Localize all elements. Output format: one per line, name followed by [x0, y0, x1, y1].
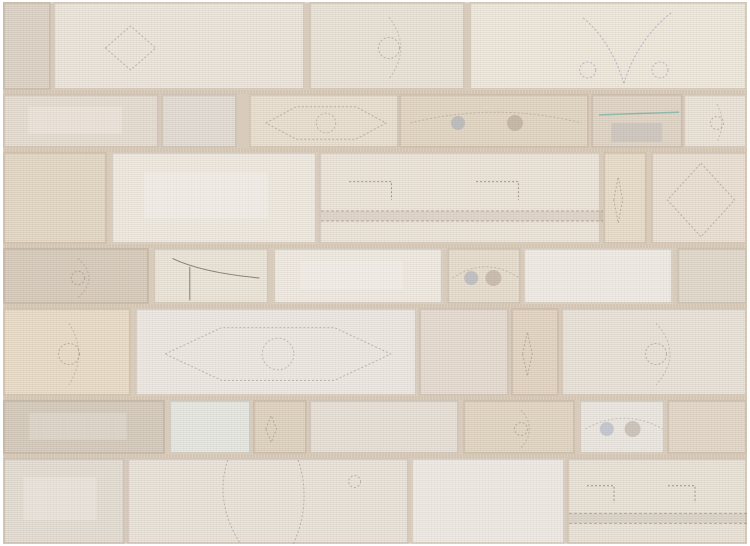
- diamond-motif-icon: [653, 154, 747, 246]
- floral-motif-icon: [563, 310, 747, 398]
- floral-blue-motif-icon: [449, 250, 523, 306]
- rug-patch: [319, 152, 601, 244]
- vase-motif-icon: [471, 4, 747, 92]
- rug-patch: [3, 248, 149, 304]
- medallion-motif-icon: [137, 310, 419, 398]
- rug-patch: [53, 2, 305, 90]
- rug-patch: [677, 248, 747, 304]
- floral-motif-icon: [685, 96, 747, 150]
- floral-blue-motif-icon: [401, 96, 591, 150]
- rug-patch: [3, 2, 51, 90]
- rug-patch: [411, 458, 565, 544]
- floral-motif-icon: [5, 250, 151, 306]
- rug-patch: [419, 308, 509, 396]
- rug-patch: [399, 94, 589, 148]
- rug-patch: [153, 248, 269, 304]
- faded-motif-icon: [275, 250, 445, 306]
- rug-patch: [161, 94, 237, 148]
- rug-patch: [253, 400, 307, 454]
- rug-patch: [3, 308, 131, 396]
- floral-motif-icon: [465, 402, 577, 456]
- rug-patch: [3, 458, 125, 544]
- geo-motif-icon: [55, 4, 307, 92]
- rug-patch: [447, 248, 521, 304]
- rug-patch: [469, 2, 747, 90]
- rug-patch: [309, 400, 459, 454]
- faded-motif-icon: [113, 154, 319, 246]
- rug-patch: [111, 152, 317, 244]
- faded-motif-icon: [5, 96, 161, 150]
- rug-patch: [567, 458, 747, 544]
- floral-motif-icon: [311, 4, 467, 92]
- rug-patch: [273, 248, 443, 304]
- faded-motif-icon: [5, 402, 167, 456]
- rug-patch: [667, 400, 747, 454]
- rug-patch: [249, 94, 399, 148]
- line-motif-icon: [155, 250, 271, 306]
- rug-patch: [309, 2, 465, 90]
- rug-patch: [579, 400, 665, 454]
- rug-patch: [591, 94, 683, 148]
- rug-patch: [511, 308, 559, 396]
- rug-patch: [3, 400, 165, 454]
- patchwork-rug: [3, 2, 747, 544]
- vine-motif-icon: [129, 460, 411, 544]
- faded-motif-icon: [5, 460, 127, 544]
- geo-motif-icon: [255, 402, 309, 456]
- rug-patch: [135, 308, 417, 396]
- rug-patch: [683, 94, 747, 148]
- floral-motif-icon: [5, 310, 133, 398]
- geo-motif-icon: [605, 154, 649, 246]
- rug-patch: [3, 94, 159, 148]
- rug-patch: [561, 308, 747, 396]
- rug-patch: [603, 152, 647, 244]
- medallion-motif-icon: [251, 96, 401, 150]
- rug-patch: [169, 400, 251, 454]
- floral-blue-motif-icon: [581, 402, 667, 456]
- blue-band-motif-icon: [593, 96, 685, 150]
- rug-patch: [3, 152, 107, 244]
- geo-motif-icon: [513, 310, 561, 398]
- rug-patch: [651, 152, 747, 244]
- rug-patch: [127, 458, 409, 544]
- rug-patch: [463, 400, 575, 454]
- border-motif-icon: [569, 460, 747, 544]
- rug-patch: [523, 248, 673, 304]
- border-motif-icon: [321, 154, 603, 246]
